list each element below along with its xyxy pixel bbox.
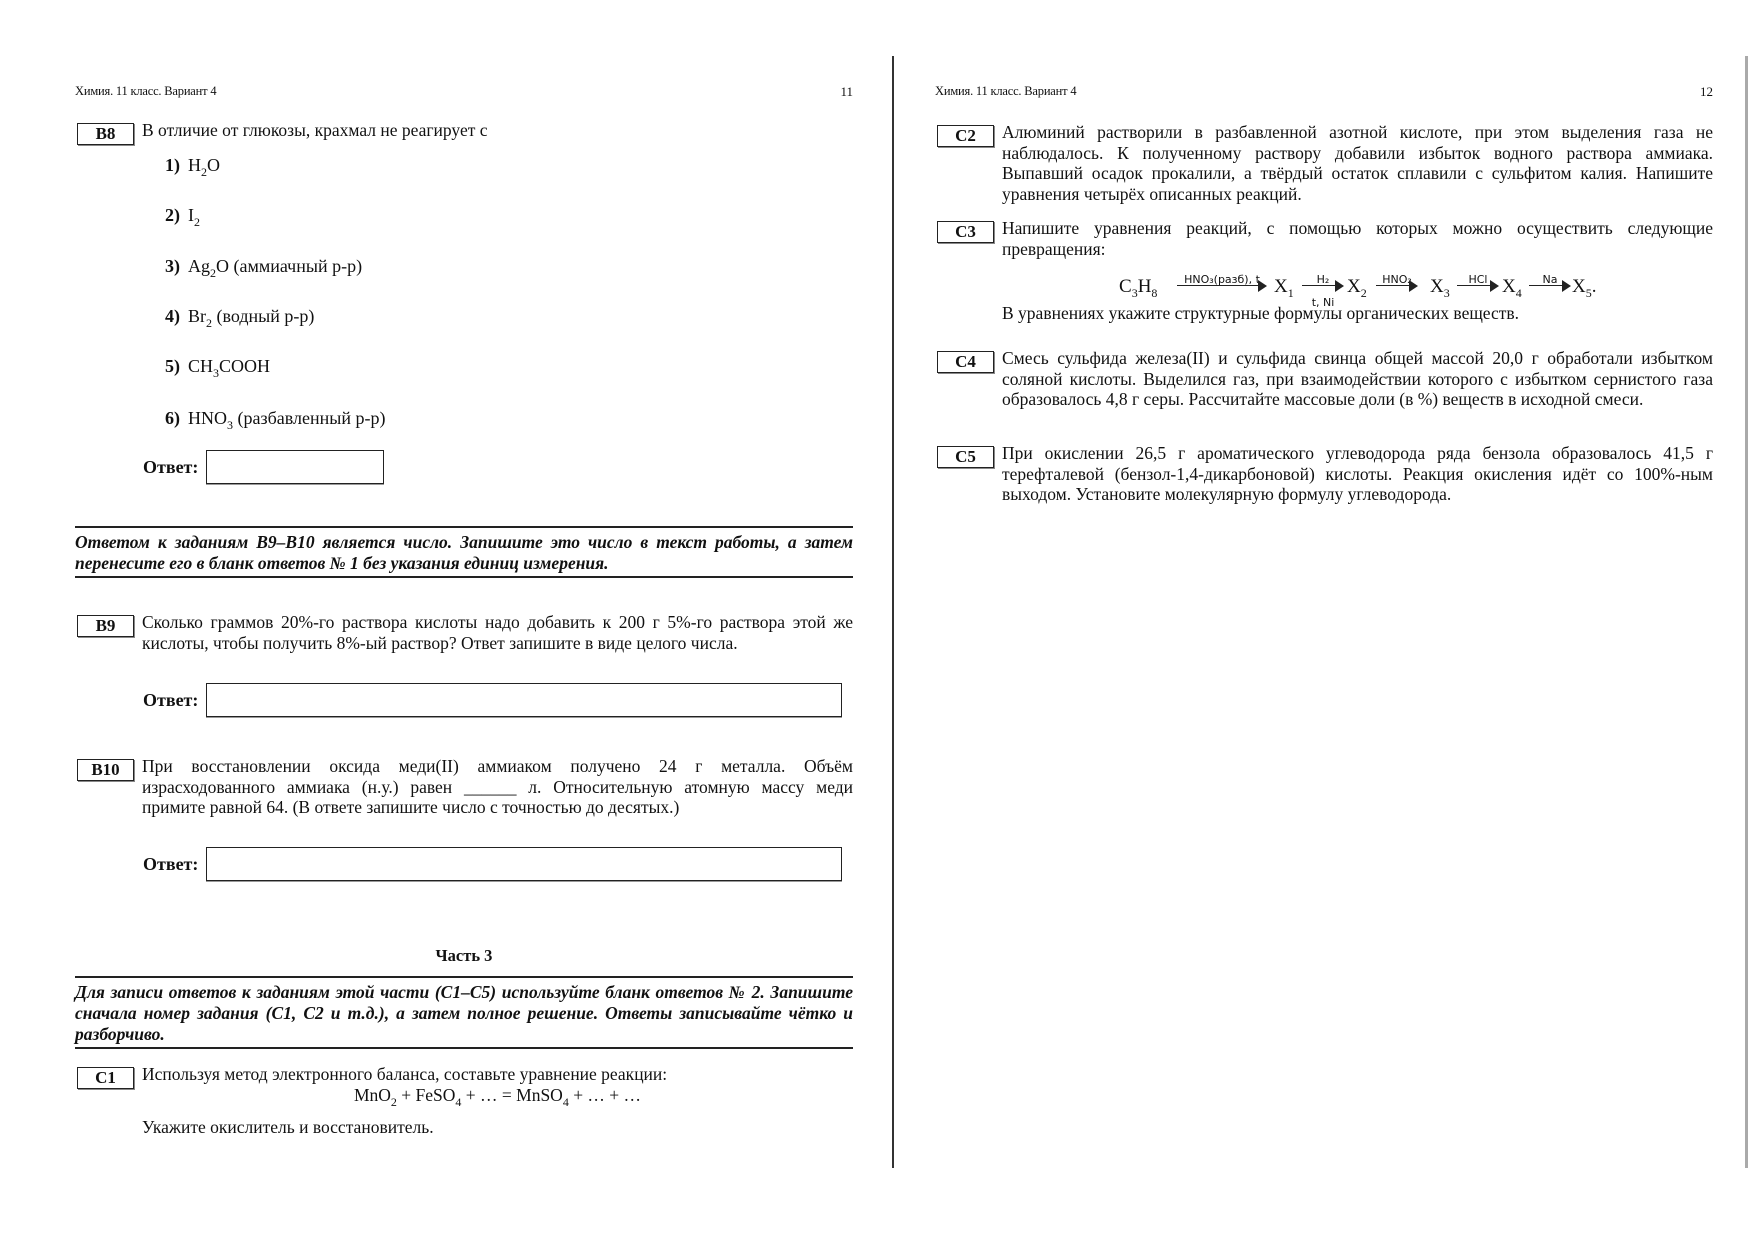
task-c5: C5 При окислении 26,5 г ароматического у… [935,443,1713,505]
task-question: При окислении 26,5 г ароматического угле… [1002,443,1713,505]
task-question: Используя метод электронного баланса, со… [142,1064,853,1085]
answer-label: Ответ: [143,854,198,875]
reaction-equation: MnO2 + FeSO4 + … = MnSO4 + … + … [142,1085,853,1106]
arrow-icon: HCl [1457,273,1499,293]
task-c4: C4 Смесь сульфида железа(II) и сульфида … [935,348,1713,410]
chain-product: X5. [1572,277,1596,298]
option-5: 5)CH3COOH [165,356,270,377]
chain-product: X3 [1430,277,1450,298]
task-c1: C1 Используя метод электронного баланса,… [75,1064,853,1138]
chain-product: X2 [1347,277,1367,298]
task-b10: B10 При восстановлении оксида меди(II) а… [75,756,853,818]
task-label: C5 [937,446,994,468]
task-label: C2 [937,125,994,147]
task-label: B9 [77,615,134,637]
page-divider [892,56,894,1168]
option-3: 3)Ag2O (аммиачный р-р) [165,256,362,277]
option-1: 1)H2O [165,155,220,176]
answer-row-b9: Ответ: [143,683,842,717]
running-head: Химия. 11 класс. Вариант 4 [935,84,1076,99]
answer-label: Ответ: [143,690,198,711]
task-b8: B8 В отличие от глюкозы, крахмал не реаг… [75,120,853,141]
page-number: 12 [1700,84,1713,100]
task-question: Алюминий растворили в разбавленной азотн… [1002,122,1713,204]
task-label: C3 [937,221,994,243]
instruction-part3: Для записи ответов к заданиям этой части… [75,976,853,1049]
arrow-icon: H₂t, Ni [1302,273,1344,293]
answer-field-b8[interactable] [206,450,384,484]
option-4: 4)Br2 (водный р-р) [165,306,314,327]
task-question: При восстановлении оксида меди(II) аммиа… [142,756,853,818]
option-2: 2)I2 [165,205,200,226]
task-footer: В уравнениях укажите структурные формулы… [1002,303,1713,324]
answer-field-b10[interactable] [206,847,842,881]
instruction-b9-b10: Ответом к заданиям В9–В10 является число… [75,526,853,578]
transformation-chain: C3H8 HNO₃(разб), t X1 H₂t, Ni X2 HNO₂ X3… [1002,259,1713,303]
arrow-icon: Na [1529,273,1571,293]
chain-start: C3H8 [1119,277,1157,298]
task-question: Сколько граммов 20%-го раствора кислоты … [142,612,853,653]
option-6: 6)HNO3 (разбавленный р-р) [165,408,385,429]
page-number: 11 [840,84,853,100]
task-label: C1 [77,1067,134,1089]
answer-field-b9[interactable] [206,683,842,717]
task-label: B10 [77,759,134,781]
task-c3: C3 Напишите уравнения реакций, с помощью… [935,218,1713,324]
task-question: Смесь сульфида железа(II) и сульфида сви… [1002,348,1713,410]
running-head: Химия. 11 класс. Вариант 4 [75,84,216,99]
answer-row-b10: Ответ: [143,847,842,881]
task-question: Напишите уравнения реакций, с помощью ко… [1002,218,1713,259]
arrow-icon: HNO₂ [1376,273,1418,293]
page-edge [1745,56,1748,1168]
chain-product: X4 [1502,277,1522,298]
task-footer: Укажите окислитель и восстановитель. [142,1117,853,1138]
task-label: B8 [77,123,134,145]
task-c2: C2 Алюминий растворили в разбавленной аз… [935,122,1713,204]
task-b9: B9 Сколько граммов 20%-го раствора кисло… [75,612,853,653]
chain-product: X1 [1274,277,1294,298]
task-question: В отличие от глюкозы, крахмал не реагиру… [142,120,853,141]
part-title: Часть 3 [75,946,853,966]
arrow-icon: HNO₃(разб), t [1177,273,1267,293]
task-label: C4 [937,351,994,373]
answer-row-b8: Ответ: [143,450,384,484]
answer-label: Ответ: [143,457,198,478]
